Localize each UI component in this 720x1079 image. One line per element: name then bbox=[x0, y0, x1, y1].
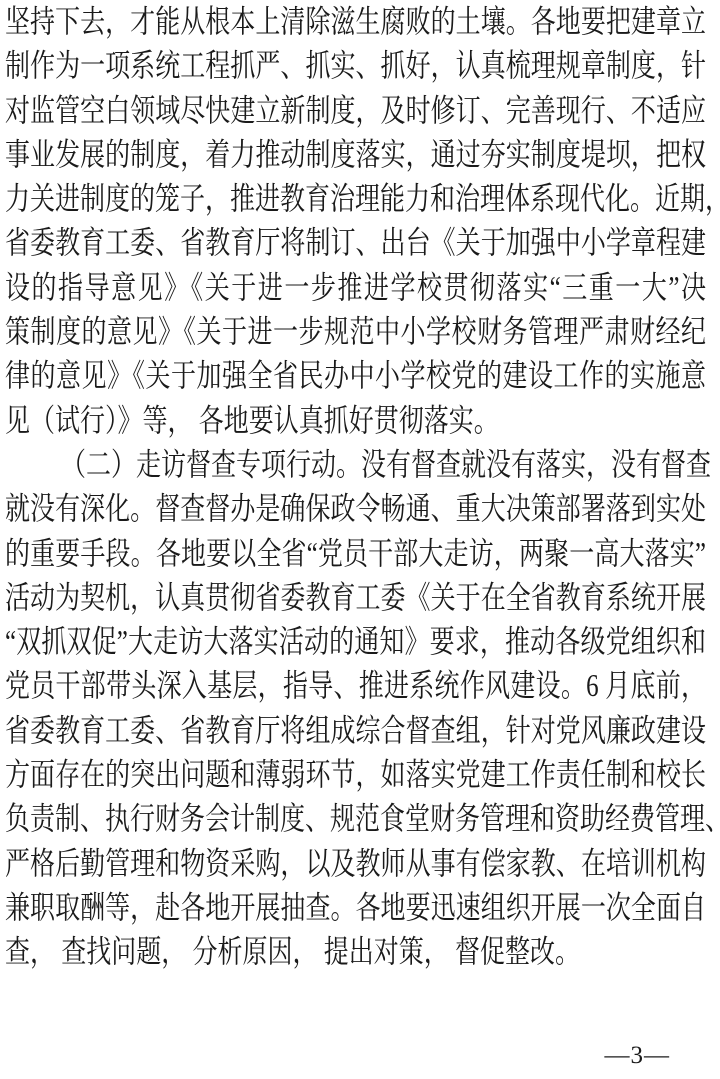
document-page: 坚持下去，才能从根本上清除滋生腐败的土壤。各地要把建章立制作为一项系统工程抓严、… bbox=[0, 0, 720, 1079]
text-line: 查， 查找问题， 分析原因， 提出对策， 督促整改。 bbox=[5, 925, 706, 981]
body-text: 坚持下去，才能从根本上清除滋生腐败的土壤。各地要把建章立制作为一项系统工程抓严、… bbox=[5, 1, 706, 976]
page-number: —3— bbox=[605, 1042, 671, 1070]
